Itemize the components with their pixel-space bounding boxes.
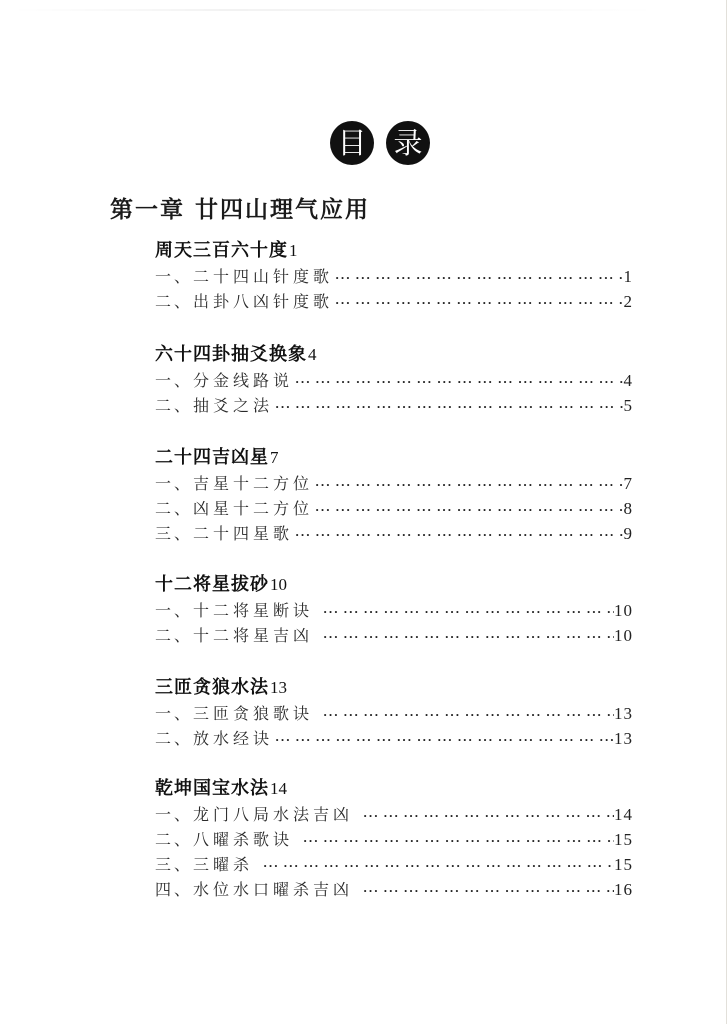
toc-entry[interactable]: 三、 二十四星歌 9 [155, 521, 633, 546]
entry-page: 8 [624, 496, 634, 521]
entry-label: 二十四山针度歌 [193, 264, 333, 289]
entry-label: 三曜杀 [193, 852, 253, 877]
entry-label: 出卦八凶针度歌 [193, 289, 333, 314]
entry-page: 10 [614, 598, 633, 623]
entry-label: 八曜杀歌诀 [193, 827, 293, 852]
entry-page: 15 [614, 827, 633, 852]
dot-leader [335, 265, 623, 290]
toc-title-char-lu: 录 [386, 121, 430, 165]
toc-entry[interactable]: 二、 出卦八凶针度歌 2 [155, 289, 633, 314]
section-heading[interactable]: 十二将星拔砂10 [155, 572, 633, 598]
entry-page: 13 [614, 726, 633, 751]
toc-section: 周天三百六十度1 一、 二十四山针度歌 1 二、 出卦八凶针度歌 2 [155, 238, 633, 314]
section-title: 十二将星拔砂 [155, 574, 269, 595]
dot-leader [315, 497, 623, 522]
section-heading[interactable]: 六十四卦抽爻换象4 [155, 342, 633, 368]
section-page: 10 [270, 575, 287, 594]
chapter-title: 廿四山理气应用 [195, 197, 370, 223]
section-title: 周天三百六十度 [155, 240, 288, 261]
dot-leader [303, 828, 614, 853]
toc-entry[interactable]: 四、 水位水口曜杀吉凶 16 [155, 877, 633, 902]
toc-entry[interactable]: 一、 十二将星断诀 10 [155, 598, 633, 623]
entry-number: 四、 [155, 877, 193, 902]
toc-entry[interactable]: 一、 三匝贪狼歌诀 13 [155, 701, 633, 726]
dot-leader [363, 878, 614, 903]
dot-leader [295, 369, 623, 394]
toc-entry[interactable]: 一、 分金线路说 4 [155, 368, 633, 393]
entry-number: 一、 [155, 701, 193, 726]
entry-number: 一、 [155, 471, 193, 496]
entry-label: 三匝贪狼歌诀 [193, 701, 313, 726]
chapter-number: 第一章 [110, 197, 185, 223]
entry-page: 7 [624, 471, 634, 496]
section-title: 乾坤国宝水法 [155, 778, 269, 799]
toc-section: 十二将星拔砂10 一、 十二将星断诀 10 二、 十二将星吉凶 10 [155, 572, 633, 648]
entry-number: 一、 [155, 598, 193, 623]
toc-entry[interactable]: 一、 龙门八局水法吉凶 14 [155, 802, 633, 827]
entry-page: 1 [624, 264, 634, 289]
entry-page: 4 [624, 368, 634, 393]
toc-entry[interactable]: 一、 二十四山针度歌 1 [155, 264, 633, 289]
dot-leader [275, 727, 614, 752]
entry-page: 13 [614, 701, 633, 726]
entry-page: 9 [624, 521, 634, 546]
entry-number: 一、 [155, 264, 193, 289]
section-title: 六十四卦抽爻换象 [155, 344, 307, 365]
scan-top-shadow [10, 9, 660, 11]
entry-label: 抽爻之法 [193, 393, 273, 418]
toc-entry[interactable]: 二、 抽爻之法 5 [155, 393, 633, 418]
dot-leader [363, 803, 614, 828]
dot-leader [323, 624, 614, 649]
entry-number: 二、 [155, 623, 193, 648]
dot-leader [315, 472, 623, 497]
section-page: 4 [308, 345, 317, 364]
toc-section: 乾坤国宝水法14 一、 龙门八局水法吉凶 14 二、 八曜杀歌诀 15 三、 三… [155, 776, 633, 902]
entry-page: 16 [614, 877, 633, 902]
toc-title-char-mu: 目 [330, 121, 374, 165]
entry-number: 三、 [155, 521, 193, 546]
entry-number: 三、 [155, 852, 193, 877]
entry-number: 二、 [155, 289, 193, 314]
section-heading[interactable]: 二十四吉凶星7 [155, 445, 633, 471]
entry-number: 二、 [155, 496, 193, 521]
entry-number: 二、 [155, 827, 193, 852]
section-title: 二十四吉凶星 [155, 447, 269, 468]
entry-label: 十二将星断诀 [193, 598, 313, 623]
section-title: 三匝贪狼水法 [155, 677, 269, 698]
entry-page: 2 [624, 289, 634, 314]
entry-label: 龙门八局水法吉凶 [193, 802, 353, 827]
section-page: 7 [270, 448, 279, 467]
toc-entry[interactable]: 一、 吉星十二方位 7 [155, 471, 633, 496]
entry-label: 二十四星歌 [193, 521, 293, 546]
dot-leader [335, 290, 623, 315]
toc-entry[interactable]: 二、 八曜杀歌诀 15 [155, 827, 633, 852]
toc-entry[interactable]: 三、 三曜杀 15 [155, 852, 633, 877]
section-heading[interactable]: 乾坤国宝水法14 [155, 776, 633, 802]
toc-title: 目 录 [330, 121, 430, 165]
dot-leader [263, 853, 614, 878]
toc-entry[interactable]: 二、 十二将星吉凶 10 [155, 623, 633, 648]
toc-section: 二十四吉凶星7 一、 吉星十二方位 7 二、 凶星十二方位 8 三、 二十四星歌… [155, 445, 633, 546]
entry-number: 一、 [155, 802, 193, 827]
entry-label: 吉星十二方位 [193, 471, 313, 496]
section-page: 13 [270, 678, 287, 697]
section-heading[interactable]: 三匝贪狼水法13 [155, 675, 633, 701]
entry-page: 15 [614, 852, 633, 877]
dot-leader [295, 522, 623, 547]
dot-leader [275, 394, 623, 419]
section-page: 14 [270, 779, 287, 798]
entry-label: 凶星十二方位 [193, 496, 313, 521]
page-right-edge [726, 0, 727, 1024]
entry-number: 二、 [155, 726, 193, 751]
entry-label: 水位水口曜杀吉凶 [193, 877, 353, 902]
entry-number: 二、 [155, 393, 193, 418]
toc-entry[interactable]: 二、 放水经诀 13 [155, 726, 633, 751]
toc-section: 六十四卦抽爻换象4 一、 分金线路说 4 二、 抽爻之法 5 [155, 342, 633, 418]
section-heading[interactable]: 周天三百六十度1 [155, 238, 633, 264]
entry-page: 10 [614, 623, 633, 648]
entry-number: 一、 [155, 368, 193, 393]
entry-label: 十二将星吉凶 [193, 623, 313, 648]
entry-page: 14 [614, 802, 633, 827]
dot-leader [323, 702, 614, 727]
toc-section: 三匝贪狼水法13 一、 三匝贪狼歌诀 13 二、 放水经诀 13 [155, 675, 633, 751]
entry-label: 放水经诀 [193, 726, 273, 751]
toc-entry[interactable]: 二、 凶星十二方位 8 [155, 496, 633, 521]
section-page: 1 [289, 241, 298, 260]
entry-label: 分金线路说 [193, 368, 293, 393]
dot-leader [323, 599, 614, 624]
chapter-heading[interactable]: 第一章廿四山理气应用 [110, 191, 370, 224]
entry-page: 5 [624, 393, 634, 418]
